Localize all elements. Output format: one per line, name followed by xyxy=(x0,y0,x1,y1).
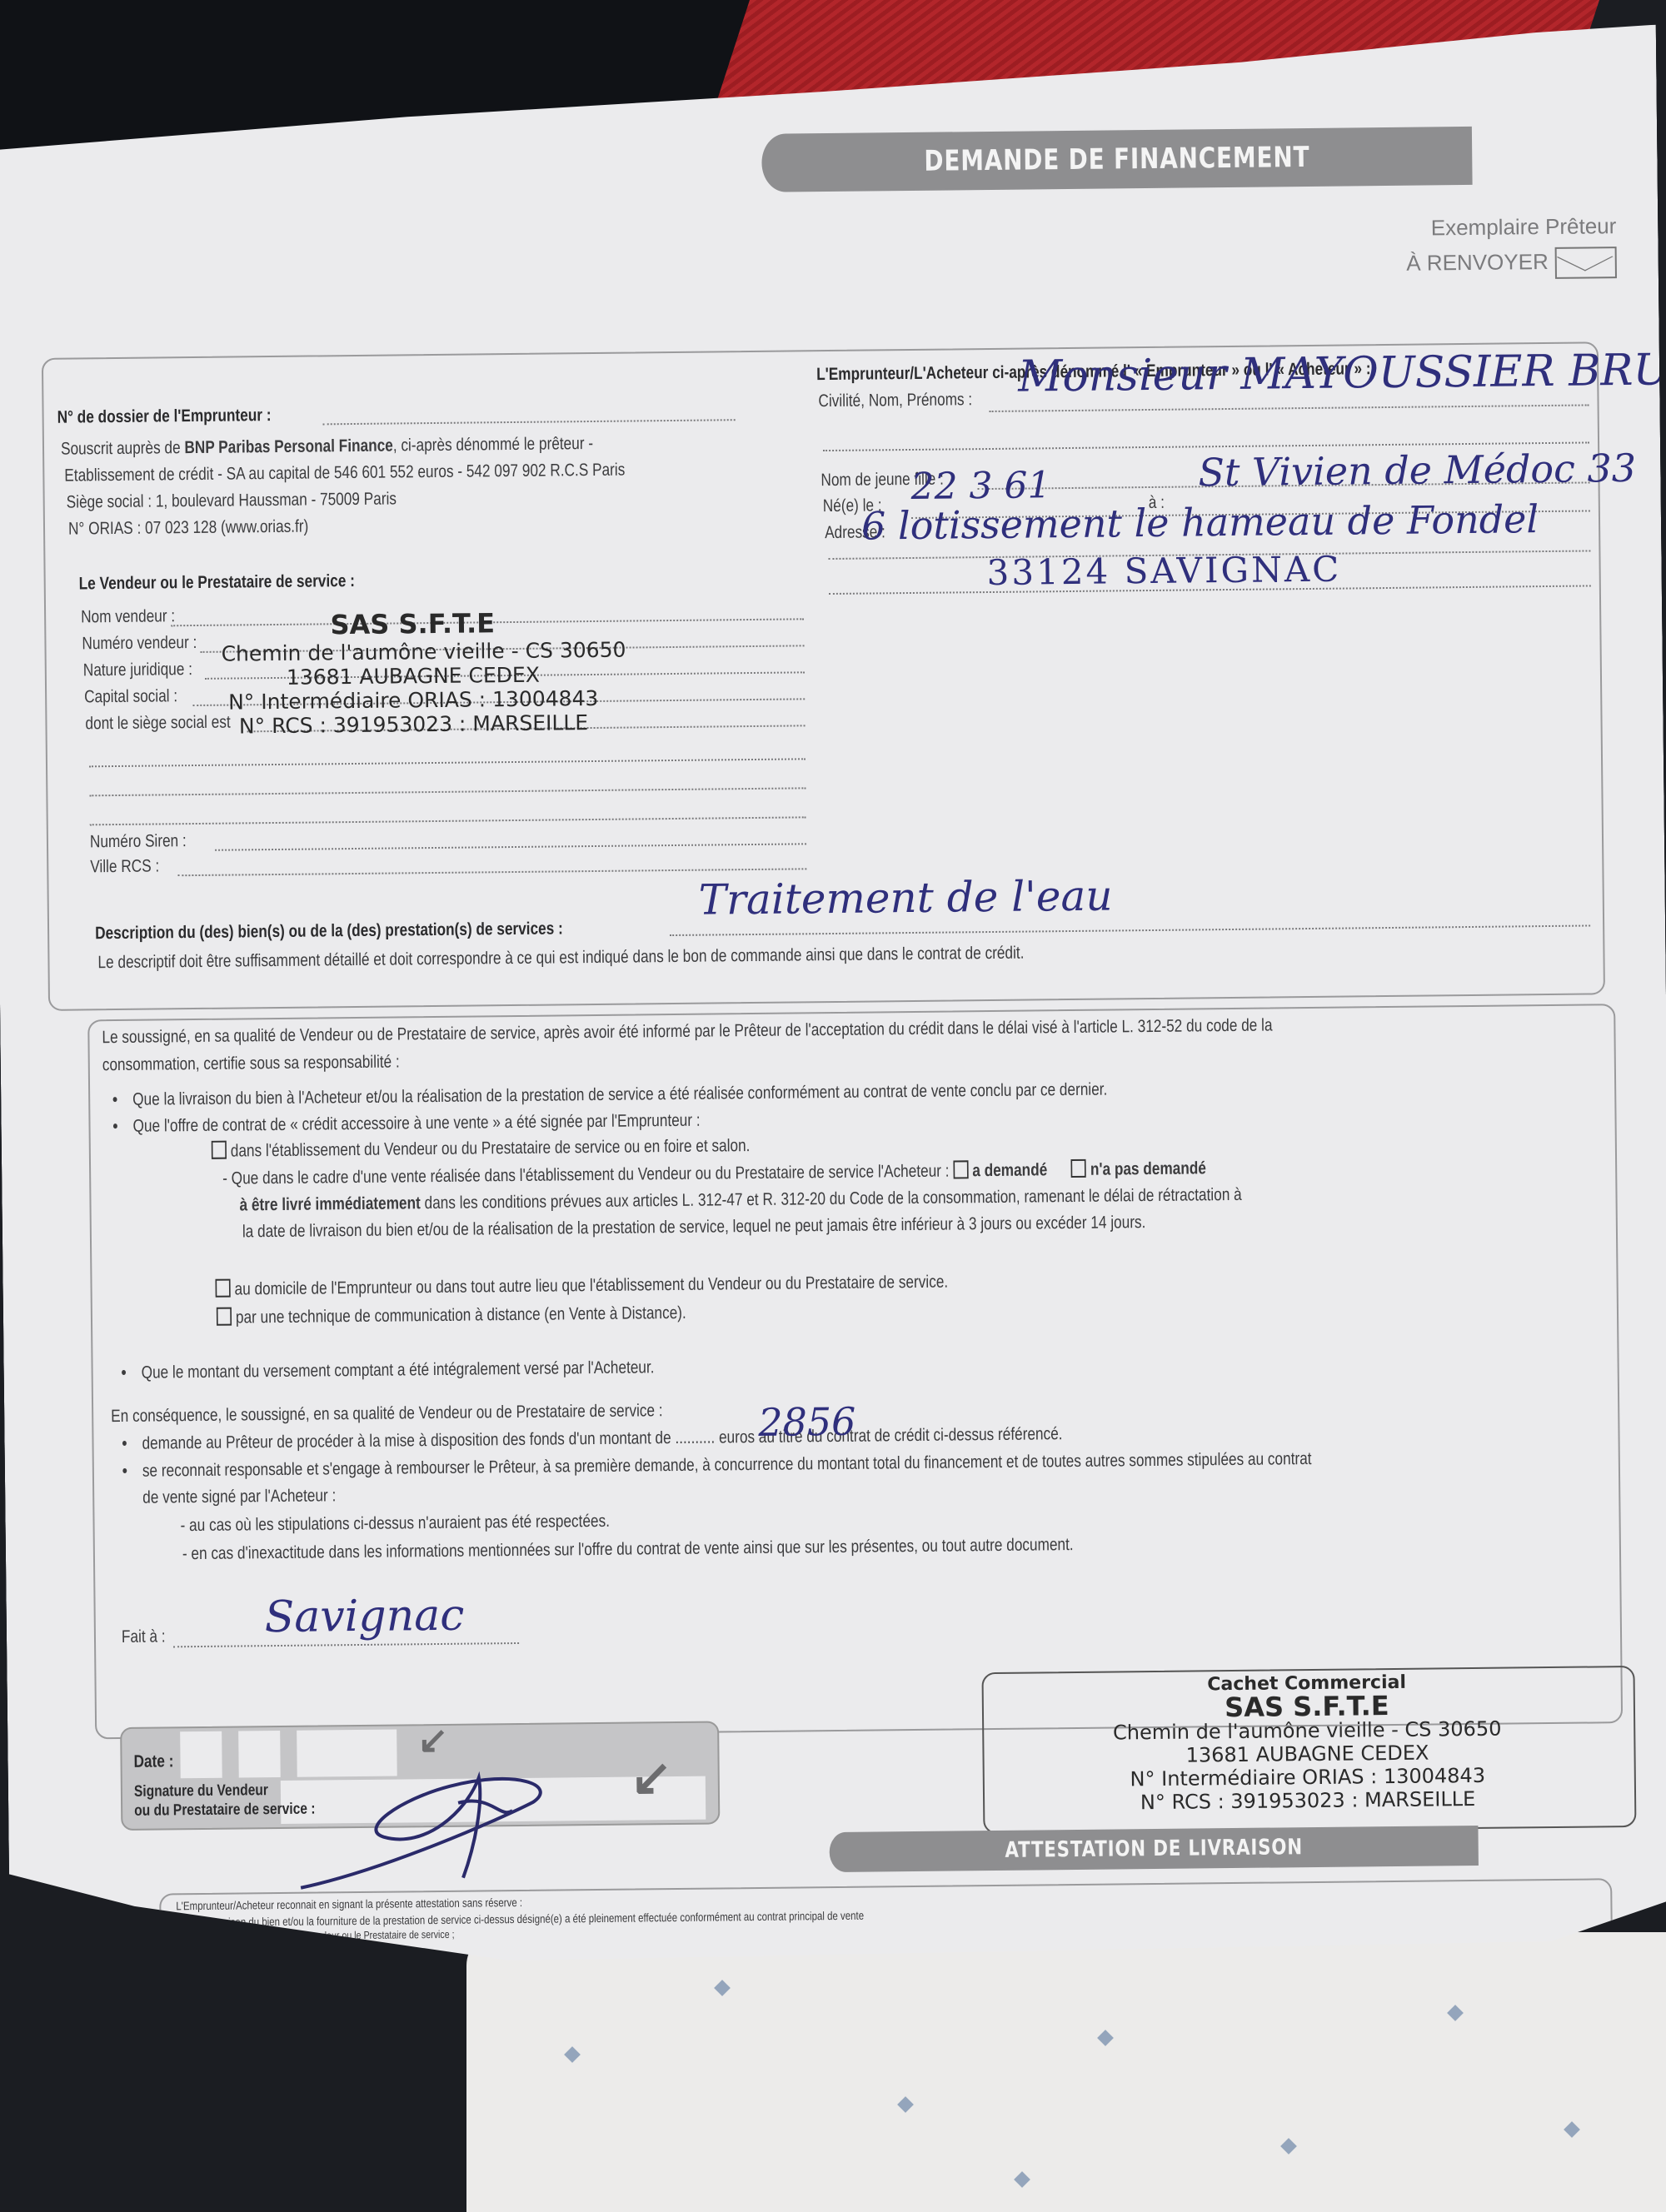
capital-label: Capital social : xyxy=(84,686,177,707)
financing-request-form: DEMANDE DE FINANCEMENT Exemplaire Prêteu… xyxy=(0,25,1666,1975)
delivery-line-3: - que cette livraison ou fourniture est … xyxy=(177,1942,396,1957)
siren-label: Numéro Siren : xyxy=(90,831,187,852)
vendor-heading: Le Vendeur ou le Prestataire de service … xyxy=(79,571,355,594)
copy-type: Exemplaire Prêteur xyxy=(1406,208,1617,246)
file-number-label: N° de dossier de l'Emprunteur : xyxy=(57,406,272,428)
envelope-icon xyxy=(1555,247,1617,279)
delivery-banner: ATTESTATION DE LIVRAISON xyxy=(829,1826,1478,1872)
address-line-2[interactable]: 33124 SAVIGNAC xyxy=(986,549,1341,593)
amount-field[interactable]: 2856 xyxy=(758,1399,856,1445)
address-line-1[interactable]: 6 lotissement le hameau de Fondel xyxy=(861,496,1539,549)
cert-intro-2: consommation, certifie sous sa responsab… xyxy=(102,1052,400,1075)
description-field[interactable]: Traitement de l'eau xyxy=(698,871,1112,924)
date-day[interactable] xyxy=(180,1731,222,1779)
head-office-label: dont le siège social est xyxy=(85,713,230,735)
vendor-stamp: SAS S.F.T.E Chemin de l'aumône vieille -… xyxy=(221,606,606,739)
legal-form-label: Nature juridique : xyxy=(83,660,192,680)
commercial-stamp: Cachet Commercial SAS S.F.T.E Chemin de … xyxy=(990,1670,1625,1816)
copy-label: Exemplaire Prêteur À RENVOYER xyxy=(1406,208,1617,281)
name-label: Civilité, Nom, Prénoms : xyxy=(818,390,972,411)
vendor-name-label: Nom vendeur : xyxy=(81,606,175,627)
signature-label-1: Signature du Vendeur xyxy=(134,1781,268,1801)
form-title: DEMANDE DE FINANCEMENT xyxy=(924,141,1309,178)
place-field[interactable]: Savignac xyxy=(264,1591,464,1643)
home-checkbox[interactable] xyxy=(215,1279,230,1298)
date-month[interactable] xyxy=(238,1731,281,1778)
vendor-signature xyxy=(282,1751,584,1905)
not-requested-checkbox[interactable] xyxy=(1071,1159,1086,1178)
arrow-icon: ↙ xyxy=(630,1748,672,1807)
lender-line-3: Siège social : 1, boulevard Haussman - 7… xyxy=(67,489,397,512)
birth-place-field[interactable]: St Vivien de Médoc 33 xyxy=(1198,446,1636,496)
vendor-number-label: Numéro vendeur : xyxy=(82,633,197,654)
lender-line-4: N° ORIAS : 07 023 128 (www.orias.fr) xyxy=(68,517,308,540)
establishment-checkbox[interactable] xyxy=(212,1141,227,1159)
date-label: Date : xyxy=(133,1751,173,1771)
form-title-banner: DEMANDE DE FINANCEMENT xyxy=(761,127,1472,192)
cert-bullet-responsibility-2: de vente signé par l'Acheteur : xyxy=(142,1486,336,1507)
background-fabric xyxy=(466,1932,1666,2212)
name-field[interactable]: Monsieur MAYOUSSIER BRUNO xyxy=(1018,345,1666,402)
rcs-city-label: Ville RCS : xyxy=(90,856,159,877)
requested-checkbox[interactable] xyxy=(953,1160,968,1178)
distance-checkbox[interactable] xyxy=(217,1308,232,1326)
place-label: Fait à : xyxy=(122,1627,166,1647)
return-label: À RENVOYER xyxy=(1406,249,1549,276)
delivery-title: ATTESTATION DE LIVRAISON xyxy=(1005,1835,1303,1863)
